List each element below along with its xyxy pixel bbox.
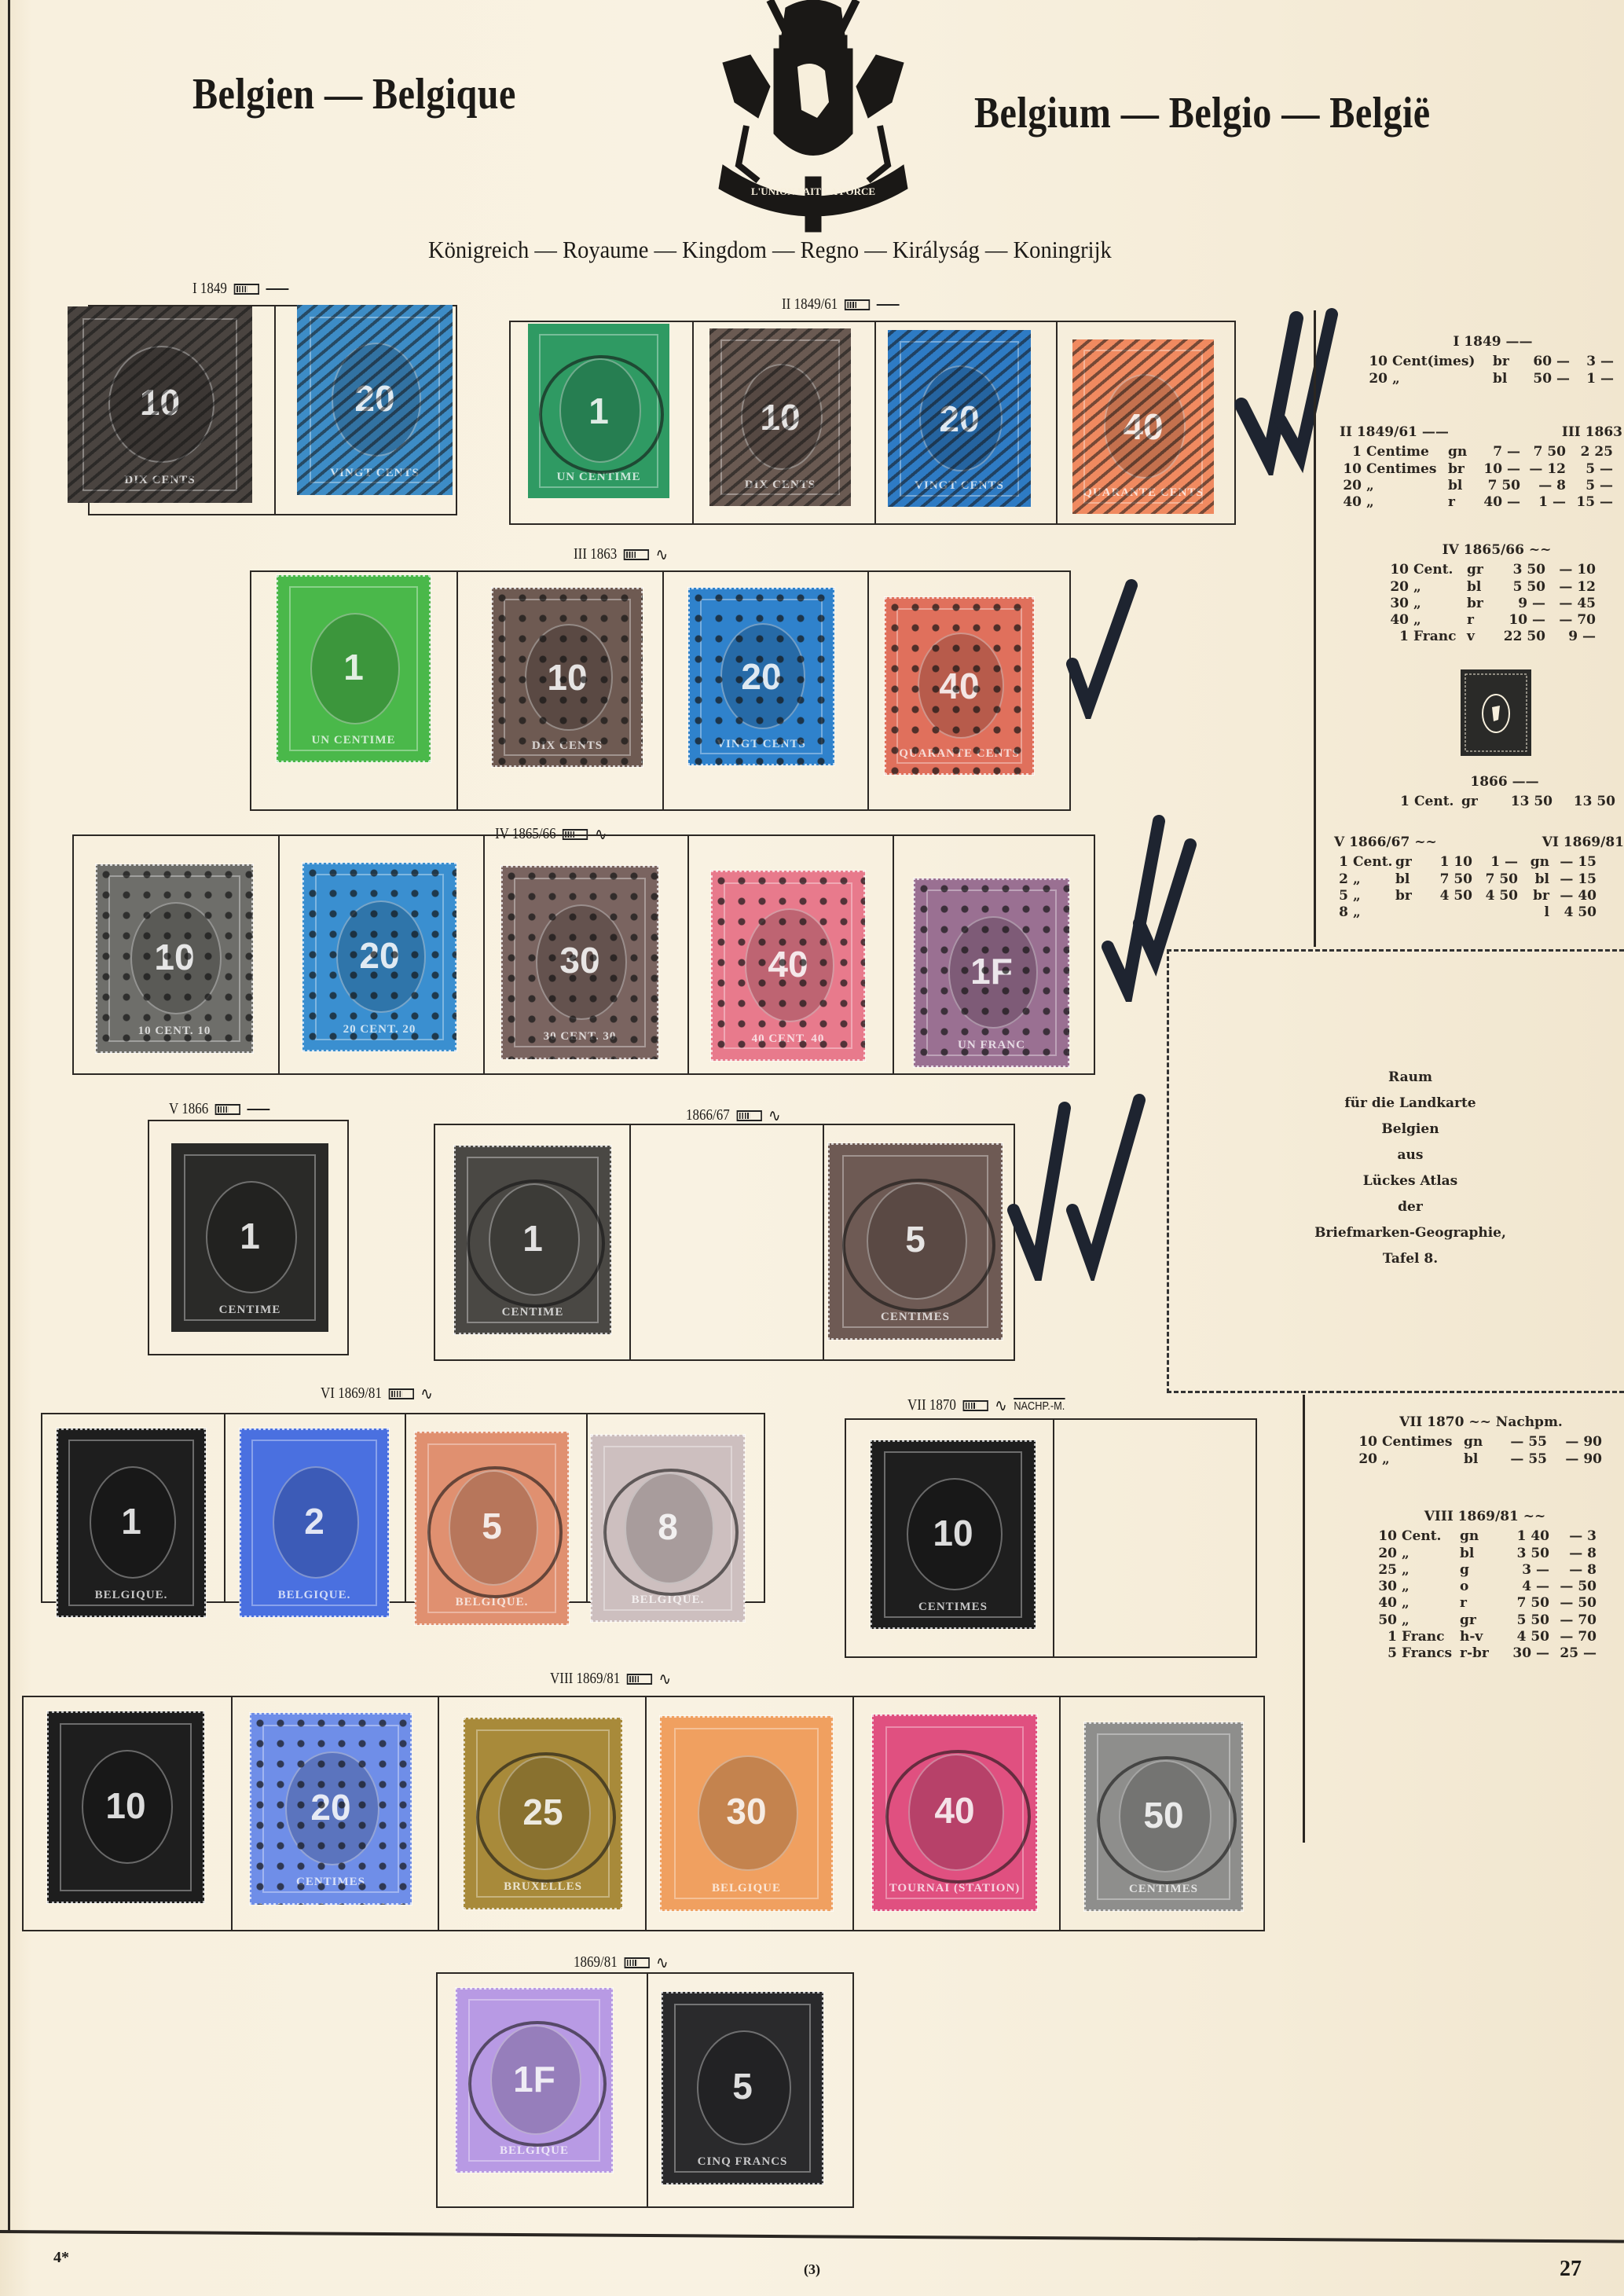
stamp-legend: BRUXELLES [464,1880,622,1894]
catalog-rule-upper [1314,310,1316,947]
perforation-icon [388,1388,413,1399]
section-label-V: V 1866 [169,1100,269,1118]
section-label-V-1866-67: 1866/67∿ [686,1106,781,1124]
frame-divider [1059,1697,1061,1930]
stamp-value: 10 [871,1512,1036,1554]
postmark-cancel-icon [885,1750,1031,1883]
perforation-wave-icon: ∿ [995,1397,1007,1414]
postmark-cancel-icon [250,1713,412,1905]
imperforate-icon [215,1104,240,1115]
catalog-II: II 1849/61 ——III 1863 1Centimegn7 —7 502… [1340,424,1622,511]
stamp-VIII-25[interactable]: 25BRUXELLES [464,1718,622,1909]
stamp-legend: UN CENTIME [277,734,431,747]
postmark-cancel-icon [539,355,663,474]
frame-divider [1056,322,1058,523]
catalog-row: 20„bl50 —1 — [1367,371,1619,387]
frame-divider [692,322,694,523]
frame-divider [405,1414,406,1601]
catalog-row: 30„o4 —— 50 [1367,1579,1603,1595]
stamp-value: 1 [277,646,431,688]
postmark-cancel-icon [467,1179,605,1308]
stamp-legend: CENTIMES [828,1311,1003,1324]
postmark-cancel-icon [68,306,252,503]
map-placeholder-line: Briefmarken-Geographie, [1249,1220,1571,1246]
catalog-row: 20„bl5 50— 12 [1387,579,1607,596]
imperforate-icon [233,284,258,295]
frame-divider [629,1125,631,1359]
catalog-row: 20„bl3 50— 8 [1367,1546,1603,1562]
stamp-value: 10 [47,1784,204,1827]
map-placeholder-line: aus [1249,1142,1571,1168]
catalog-row: 5„br4 504 50br— 40 [1334,888,1624,904]
catalog-row: 8„l4 50 [1334,904,1624,921]
frame-divider [647,1974,648,2206]
frame-divider [874,322,876,523]
frame-divider [278,836,280,1073]
perforation-wave-icon: ∿ [656,1954,669,1971]
postmark-cancel-icon [1072,339,1214,514]
stamp-IV-10[interactable]: 1010 CENT. 10 [96,864,253,1053]
album-frame-VIII [22,1696,1265,1931]
section-label-VIII: VIII 1869/81∿ [550,1670,671,1688]
catalog-V-VI: V 1866/67 ~~VI 1869/81 1Cent.gr1 101 —gn… [1334,834,1624,921]
imperforate-icon [845,299,870,310]
map-placeholder-line: Lückes Atlas [1249,1168,1571,1194]
catalog-row: 1Cent.gr1 101 —gn— 15 [1334,854,1624,871]
stamp-legend: CENTIMES [1084,1883,1243,1896]
stamp-legend: CINQ FRANCS [662,2155,823,2169]
postmark-cancel-icon [888,330,1031,507]
frame-divider [483,836,485,1073]
catalog-VIII: VIII 1869/81 ~~ 10Cent.gn1 40— 320„bl3 5… [1367,1509,1603,1662]
stamp-VI-1[interactable]: 1BELGIQUE. [57,1429,206,1617]
perforation-icon [627,1674,652,1685]
stamp-VIII-30[interactable]: 30BELGIQUE [660,1716,833,1911]
stamp-value: 30 [660,1790,833,1832]
perforation-wave-icon: ∿ [659,1671,672,1688]
stamp-VI-2[interactable]: 2BELGIQUE. [240,1429,389,1617]
postmark-cancel-icon [603,1469,739,1596]
catalog-row: 20„bl— 55— 90 [1355,1451,1607,1468]
catalog-row: 1Franch-v4 50— 70 [1367,1629,1603,1645]
stamp-V-1[interactable]: 1CENTIME [171,1143,328,1332]
postmark-cancel-icon [501,866,658,1059]
stamp-III-10[interactable]: 10DIX CENTS [492,588,643,767]
frame-divider [1053,1420,1054,1656]
stamp-VIII-10[interactable]: 10 [47,1711,204,1903]
stamp-value: 5 [662,2065,823,2107]
stamp-III-20[interactable]: 20VINGT CENTS [688,588,834,765]
frame-divider [224,1414,225,1601]
stamp-II-40[interactable]: 40QUARANTE CENTS [1072,339,1214,514]
postmark-cancel-icon [914,878,1069,1067]
svg-text:L'UNION FAIT LA FORCE: L'UNION FAIT LA FORCE [751,185,875,197]
stamp-II-1[interactable]: 1UN CENTIME [528,324,669,498]
stamp-VIII-40[interactable]: 40TOURNAI (STATION) [872,1715,1037,1911]
dash-icon [877,304,900,306]
map-placeholder-line: für die Landkarte [1249,1091,1571,1117]
postmark-cancel-icon [96,864,253,1053]
catalog-IV: IV 1865/66 ~~ 10Cent.gr3 50— 1020„bl5 50… [1387,542,1607,646]
stamp-VIII-50[interactable]: 50CENTIMES [1084,1722,1243,1911]
catalog-row: 1Francv22 509 — [1387,629,1607,645]
catalog-row: 40„r7 50— 50 [1367,1595,1603,1612]
catalog-row: 20„bl7 50— 85 — [1340,478,1622,494]
postmark-cancel-icon [468,2021,607,2147]
catalog-row: 25„g3 —— 8 [1367,1562,1603,1579]
catalog-VII: VII 1870 ~~ Nachpm. 10Centimesgn— 55— 90… [1355,1414,1607,1468]
stamp-II-10[interactable]: 10DIX CENTS [709,328,851,506]
perforation-wave-icon: ∿ [768,1107,781,1124]
stamp-legend: CENTIME [171,1304,328,1317]
perforation-icon [736,1110,761,1121]
frame-divider [645,1697,647,1930]
catalog-1866: 1866 —— 1Cent.gr13 5013 50 [1391,774,1619,811]
check-mark-icon [1065,578,1143,719]
dash-icon [247,1109,270,1110]
stamp-V2-5[interactable]: 5CENTIMES [828,1143,1003,1340]
stamp-VII-10[interactable]: 10CENTIMES [871,1440,1036,1629]
catalog-row: 10Centimesbr10 —— 125 — [1340,461,1622,478]
stamp-II-20[interactable]: 20VINGT CENTS [888,330,1031,507]
catalog-row: 5Francsr-br30 —25 — [1367,1645,1603,1662]
perforation-icon [624,1957,649,1968]
postmark-cancel-icon [1097,1756,1237,1884]
stamp-I-20[interactable]: 20VINGT CENTS [297,305,453,495]
frame-divider [274,306,276,514]
page-subtitle: Königreich — Royaume — Kingdom — Regno —… [428,236,1112,264]
stamp-legend: BELGIQUE [660,1882,833,1895]
sample-stamp-1866-icon [1459,668,1533,757]
frame-divider [662,572,664,809]
frame-divider [456,572,458,809]
catalog-I: I 1849 —— 10Cent(imes)br60 —3 —20„bl50 —… [1367,334,1619,387]
stamp-IV-1F[interactable]: 1FUN FRANC [914,878,1069,1067]
dash-icon [266,288,288,290]
frame-divider [586,1414,588,1601]
catalog-row: 10Cent.gn1 40— 3 [1367,1528,1603,1545]
stamp-legend: CENTIME [454,1306,611,1319]
catalog-row: 40„r10 —— 70 [1387,612,1607,629]
catalog-row: 1Cent.gr13 5013 50 [1391,794,1619,810]
map-placeholder-line: der [1249,1194,1571,1220]
stamp-legend: BELGIQUE. [240,1589,389,1602]
section-label-VI: VI 1869/81∿ [321,1385,433,1403]
stamp-VI-5[interactable]: 5BELGIQUE. [415,1432,569,1625]
footer-rule [0,2230,1624,2243]
frame-divider [867,572,869,809]
catalog-rule-lower [1303,1395,1305,1843]
perforation-wave-icon: ∿ [656,546,669,563]
section-label-II: II 1849/61 [782,295,900,314]
postmark-cancel-icon [476,1752,616,1883]
stamp-legend: TOURNAI (STATION) [872,1882,1037,1895]
section-label-VIII-1869-81: 1869/81∿ [574,1953,669,1971]
postmark-cancel-icon [297,305,453,495]
frame-divider [852,1697,854,1930]
stamp-VI-8[interactable]: 8BELGIQUE. [591,1435,745,1622]
stamp-IV-40[interactable]: 4040 CENT. 40 [711,871,865,1061]
catalog-row: 10Cent.gr3 50— 10 [1387,562,1607,578]
frame-divider [687,836,689,1073]
page-title-right: Belgium — Belgio — België [974,88,1431,138]
stamp-value: 1 [171,1215,328,1257]
belgian-coat-of-arms-icon: L'UNION FAIT LA FORCE [691,0,935,236]
stamp-IV-30[interactable]: 3030 CENT. 30 [501,866,658,1059]
section-label-VII: VII 1870∿NACHP.-M. [907,1396,1065,1414]
stamp-III-40[interactable]: 40QUARANTE CENTS [885,597,1034,775]
postmark-cancel-icon [427,1466,563,1597]
stamp-VIII2-1F[interactable]: 1FBELGIQUE [456,1988,613,2173]
postmark-cancel-icon [709,328,851,506]
frame-divider [893,836,894,1073]
catalog-row: 30„br9 —— 45 [1387,596,1607,612]
postmark-cancel-icon [842,1179,995,1312]
perforation-wave-icon: ∿ [420,1385,433,1403]
page-title-left: Belgien — Belgique [192,69,516,119]
map-placeholder-line: Raum [1249,1065,1571,1091]
stamp-III-1[interactable]: 1UN CENTIME [277,575,431,762]
postmark-cancel-icon [885,597,1034,775]
stamp-legend: BELGIQUE. [57,1589,206,1602]
postmark-cancel-icon [492,588,643,767]
stamp-V2-1[interactable]: 1CENTIME [454,1146,611,1334]
stamp-value: 1 [57,1500,206,1542]
catalog-row: 50„gr5 50— 70 [1367,1612,1603,1629]
catalog-row: 10Cent(imes)br60 —3 — [1367,354,1619,370]
stamp-value: 2 [240,1500,389,1542]
catalog-row: 10Centimesgn— 55— 90 [1355,1434,1607,1451]
check-mark-icon [1234,303,1351,475]
footer-sheet-mark: 4* [53,2249,69,2267]
map-placeholder-line: Belgien [1249,1117,1571,1142]
catalog-row: 2„bl7 507 50bl— 15 [1334,871,1624,888]
catalog-row: 1Centimegn7 —7 502 25 [1340,444,1622,460]
catalog-row: 40„r40 —1 —15 — [1340,494,1622,511]
frame-divider [231,1697,233,1930]
frame-divider [438,1697,439,1930]
section-label-I: I 1849 [192,280,288,298]
stamp-VIII2-5[interactable]: 5CINQ FRANCS [662,1992,823,2184]
perforation-icon [962,1400,988,1411]
stamp-I-10[interactable]: 10DIX CENTS [68,306,252,503]
section-label-III: III 1863∿ [574,545,668,563]
map-placeholder-text: Raumfür die LandkarteBelgienausLückes At… [1249,1065,1571,1272]
left-margin-rule [8,0,10,2232]
postmark-cancel-icon [711,871,865,1061]
stamp-VIII-20[interactable]: 20CENTIMES [250,1713,412,1905]
stamp-IV-20[interactable]: 2020 CENT. 20 [302,863,456,1051]
stamp-legend: BELGIQUE. [415,1596,569,1609]
check-mark-icon [1006,1092,1155,1281]
postmark-cancel-icon [302,863,456,1051]
footer-sheet-number: (3) [804,2261,820,2278]
stamp-legend: CENTIMES [871,1601,1036,1614]
postmark-cancel-icon [688,588,834,765]
page-number: 27 [1560,2257,1582,2282]
perforation-icon [624,549,649,560]
frame-divider [823,1125,824,1359]
map-placeholder-line: Tafel 8. [1249,1246,1571,1272]
